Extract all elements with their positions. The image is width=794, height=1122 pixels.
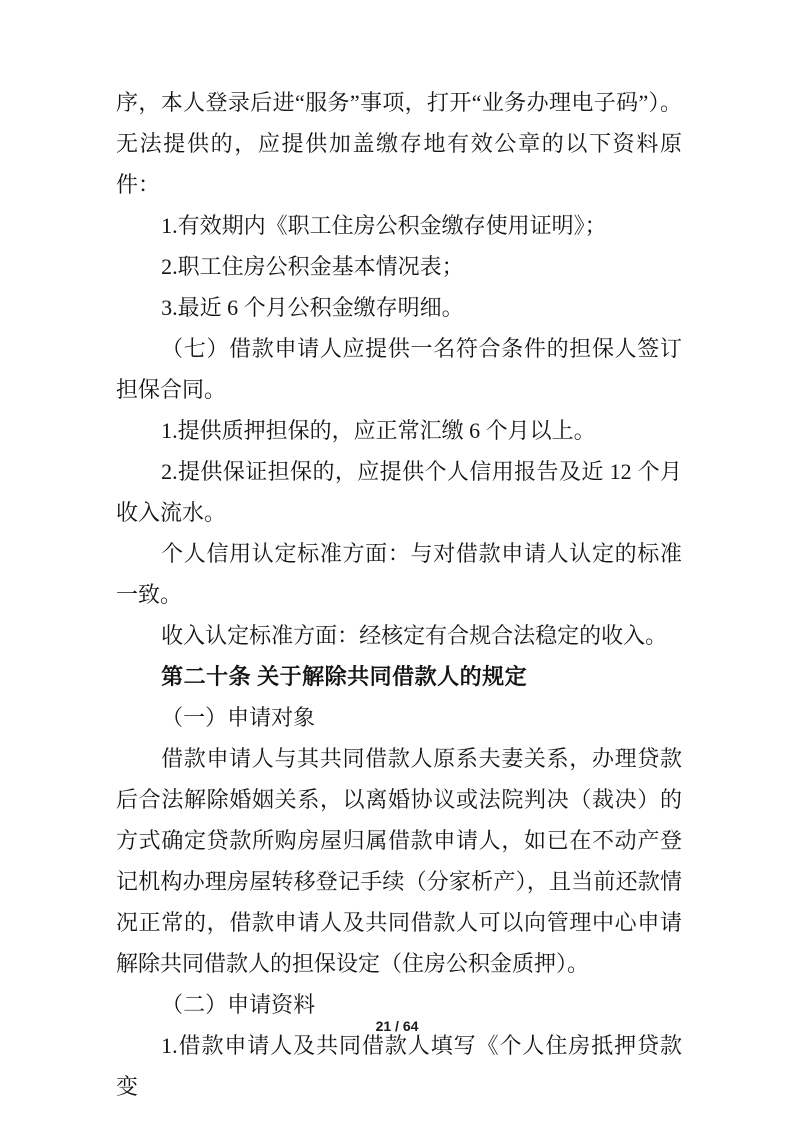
list-item-2: 2.职工住房公积金基本情况表；	[116, 246, 682, 287]
document-body: 序，本人登录后进“服务”事项，打开“业务办理电子码”）。无法提供的，应提供加盖缴…	[116, 82, 682, 1107]
paragraph-continuation: 序，本人登录后进“服务”事项，打开“业务办理电子码”）。无法提供的，应提供加盖缴…	[116, 82, 682, 205]
section-heading-article-20: 第二十条 关于解除共同借款人的规定	[116, 656, 682, 697]
paragraph-income-standard: 收入认定标准方面：经核定有合规合法稳定的收入。	[116, 615, 682, 656]
list-item-1: 1.有效期内《职工住房公积金缴存使用证明》；	[116, 205, 682, 246]
page-number: 21 / 64	[0, 1018, 794, 1034]
paragraph-credit-standard: 个人信用认定标准方面：与对借款申请人认定的标准一致。	[116, 533, 682, 615]
paragraph-item-7: （七）借款申请人应提供一名符合条件的担保人签订担保合同。	[116, 328, 682, 410]
list-item-pledge: 1.提供质押担保的，应正常汇缴 6 个月以上。	[116, 410, 682, 451]
document-page: 序，本人登录后进“服务”事项，打开“业务办理电子码”）。无法提供的，应提供加盖缴…	[0, 0, 794, 1122]
list-item-3: 3.最近 6 个月公积金缴存明细。	[116, 287, 682, 328]
paragraph-application-target: （一）申请对象	[116, 697, 682, 738]
paragraph-form-filling: 1.借款申请人及共同借款人填写《个人住房抵押贷款变	[116, 1025, 682, 1107]
paragraph-divorce-provision: 借款申请人与其共同借款人原系夫妻关系，办理贷款后合法解除婚姻关系，以离婚协议或法…	[116, 738, 682, 984]
list-item-guarantee: 2.提供保证担保的，应提供个人信用报告及近 12 个月收入流水。	[116, 451, 682, 533]
